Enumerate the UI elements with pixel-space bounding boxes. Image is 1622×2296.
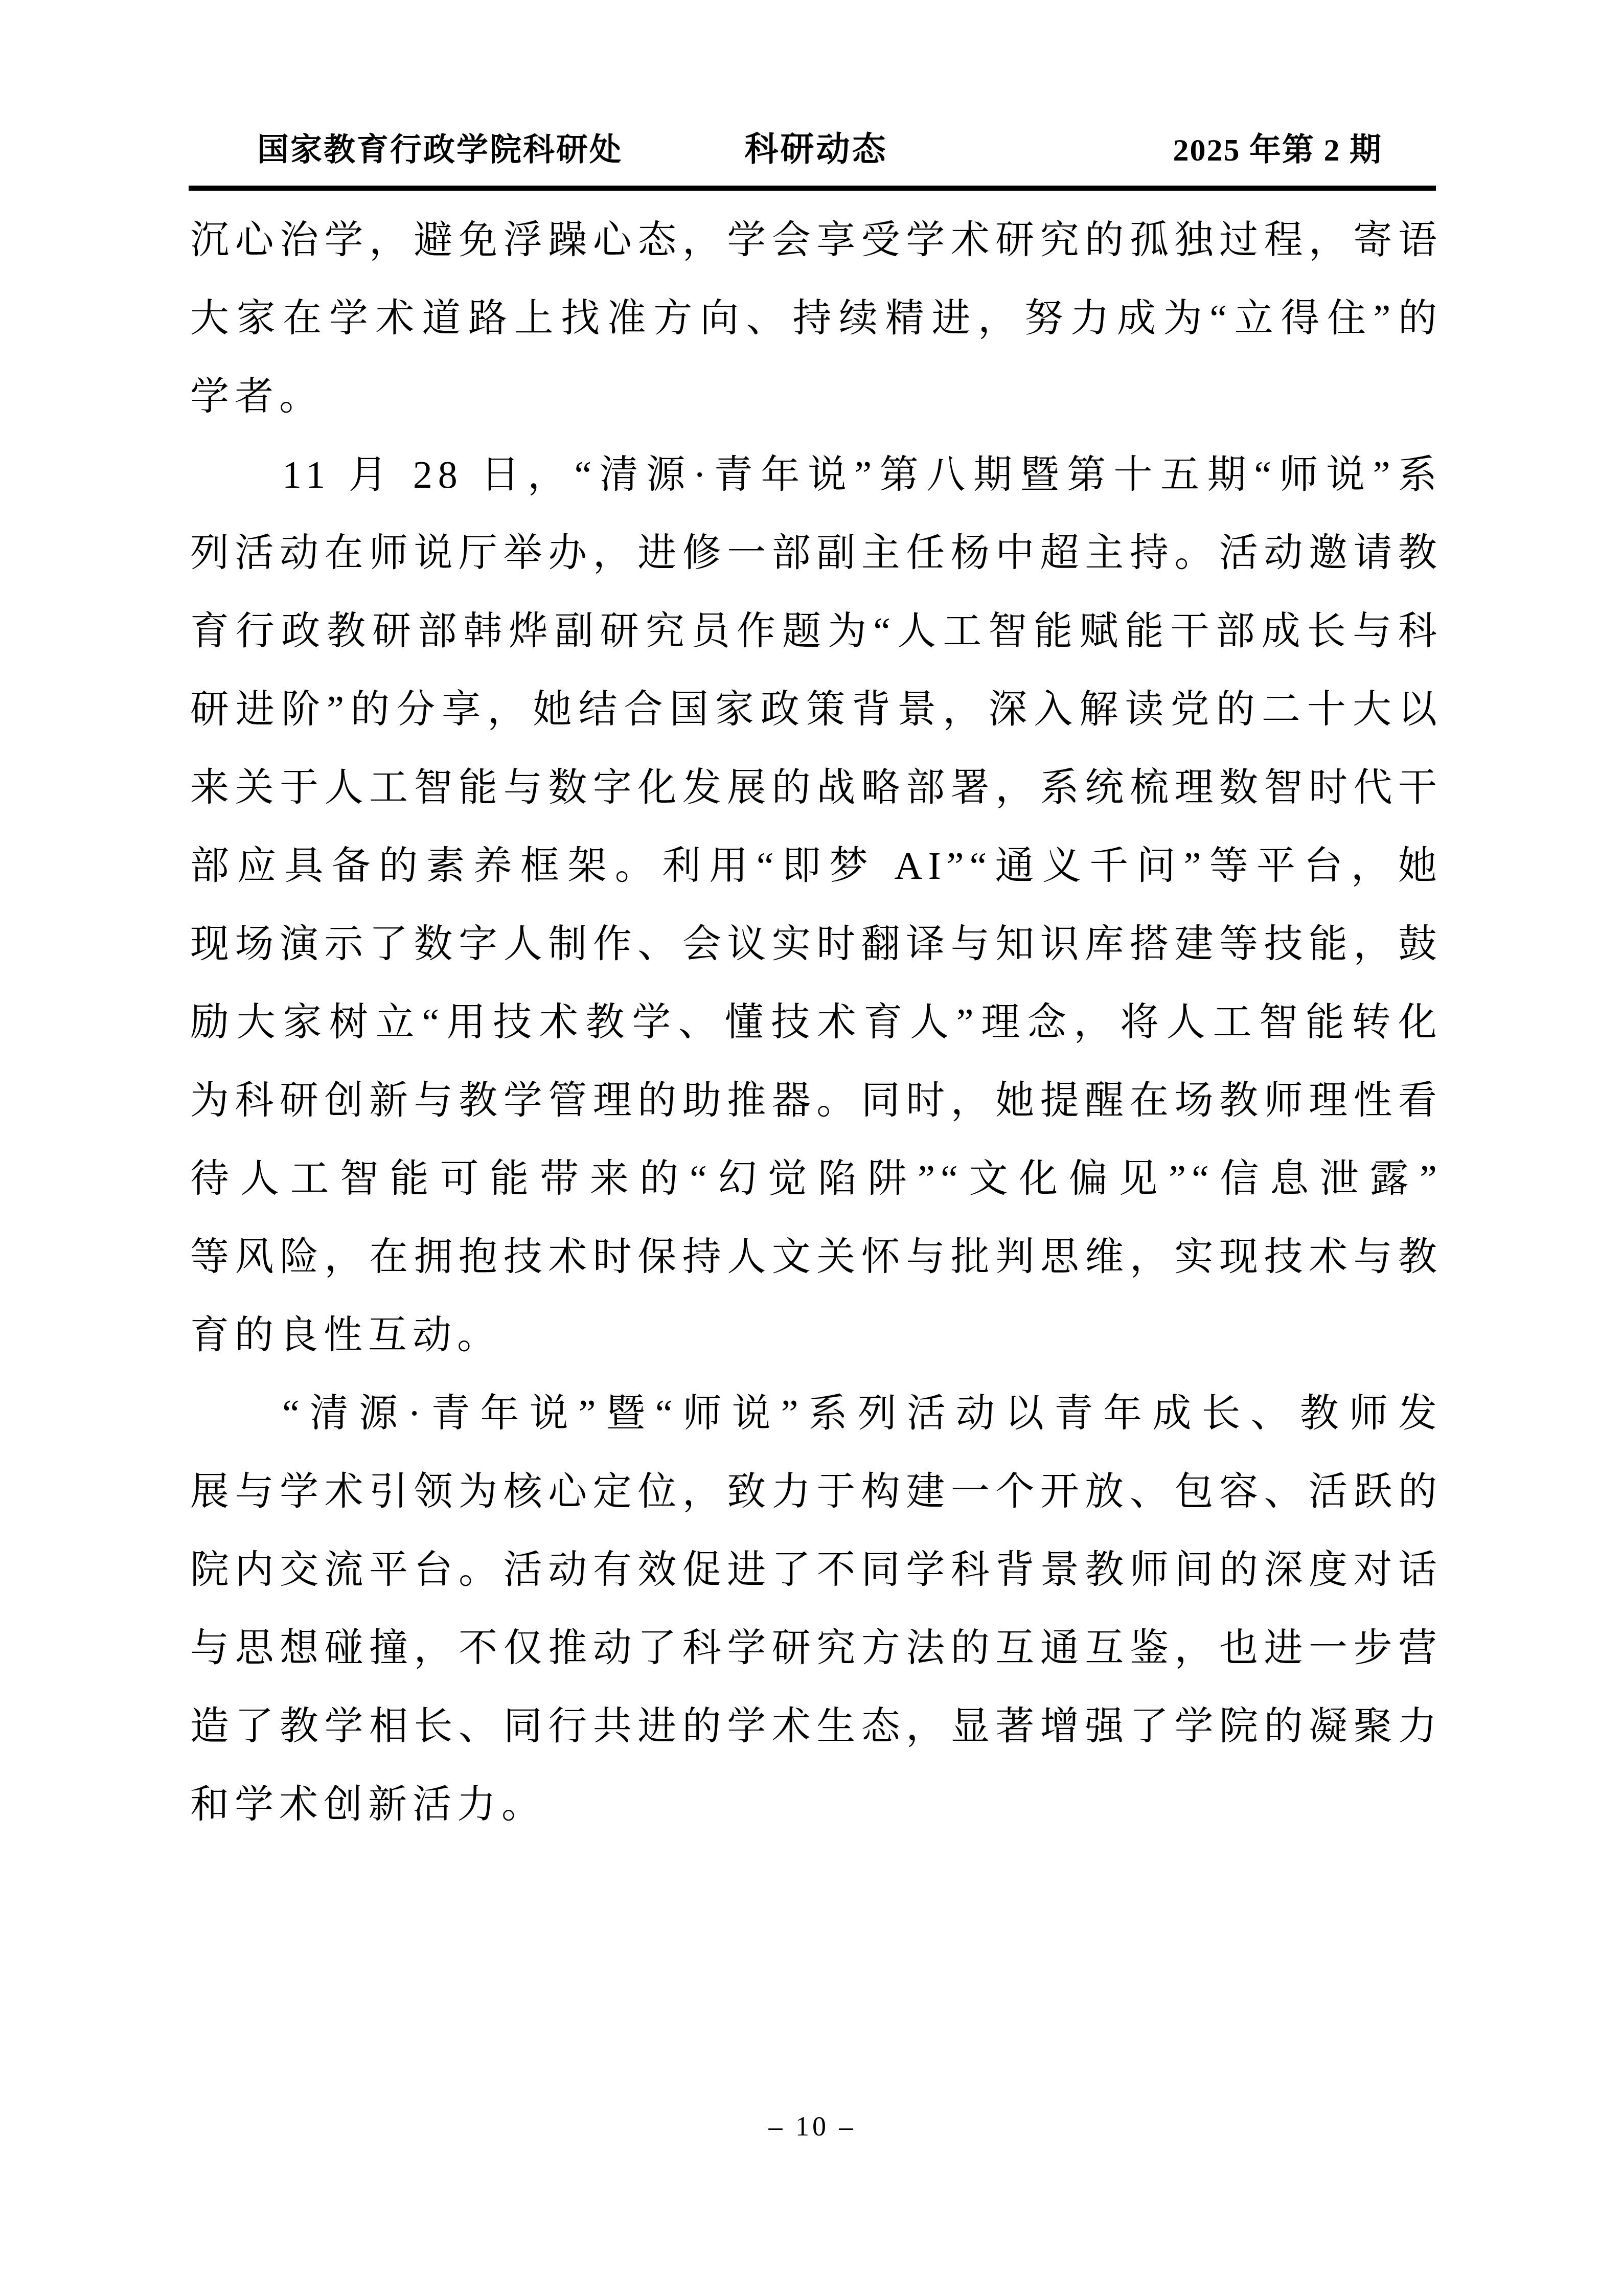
body-line: 育的良性互动。 bbox=[190, 1297, 1443, 1375]
body-line: “清源·青年说”暨“师说”系列活动以青年成长、教师发 bbox=[190, 1375, 1443, 1453]
page-footer: – 10 – bbox=[189, 2110, 1436, 2142]
body-line: 造了教学相长、同行共进的学术生态，显著增强了学院的凝聚力 bbox=[190, 1688, 1443, 1766]
body-line: 研进阶”的分享，她结合国家政策背景，深入解读党的二十大以 bbox=[190, 671, 1443, 749]
body-line: 11 月 28 日，“清源·青年说”第八期暨第十五期“师说”系 bbox=[190, 436, 1443, 514]
body-line: 育行政教研部韩烨副研究员作题为“人工智能赋能干部成长与科 bbox=[190, 593, 1443, 671]
body-line: 为科研创新与教学管理的助推器。同时，她提醒在场教师理性看 bbox=[190, 1062, 1443, 1140]
header-publication-title: 科研动态 bbox=[745, 122, 888, 170]
paragraph: “清源·青年说”暨“师说”系列活动以青年成长、教师发展与学术引领为核心定位，致力… bbox=[190, 1375, 1443, 1844]
paragraph: 沉心治学，避免浮躁心态，学会享受学术研究的孤独过程，寄语大家在学术道路上找准方向… bbox=[190, 201, 1443, 436]
body-line: 沉心治学，避免浮躁心态，学会享受学术研究的孤独过程，寄语 bbox=[190, 201, 1443, 280]
body-line: 和学术创新活力。 bbox=[190, 1766, 1443, 1844]
body-line: 展与学术引领为核心定位，致力于构建一个开放、包容、活跃的 bbox=[190, 1453, 1443, 1531]
body-line: 待人工智能可能带来的“幻觉陷阱”“文化偏见”“信息泄露” bbox=[190, 1140, 1443, 1218]
header-rule bbox=[189, 186, 1436, 191]
header-department: 国家教育行政学院科研处 bbox=[189, 124, 623, 170]
body-line: 部应具备的素养框架。利用“即梦 AI”“通义千问”等平台，她 bbox=[190, 827, 1443, 905]
body-line: 大家在学术道路上找准方向、持续精进，努力成为“立得住”的 bbox=[190, 280, 1443, 358]
document-body: 沉心治学，避免浮躁心态，学会享受学术研究的孤独过程，寄语大家在学术道路上找准方向… bbox=[190, 201, 1443, 1844]
body-line: 来关于人工智能与数字化发展的战略部署，系统梳理数智时代干 bbox=[190, 749, 1443, 827]
paragraph: 11 月 28 日，“清源·青年说”第八期暨第十五期“师说”系列活动在师说厅举办… bbox=[190, 436, 1443, 1375]
page-header: 国家教育行政学院科研处 科研动态 2025 年第 2 期 bbox=[189, 122, 1444, 170]
body-line: 现场演示了数字人制作、会议实时翻译与知识库搭建等技能，鼓 bbox=[190, 905, 1443, 984]
body-line: 列活动在师说厅举办，进修一部副主任杨中超主持。活动邀请教 bbox=[190, 514, 1443, 593]
page-number: – 10 – bbox=[769, 2111, 856, 2142]
body-line: 院内交流平台。活动有效促进了不同学科背景教师间的深度对话 bbox=[190, 1531, 1443, 1609]
body-line: 学者。 bbox=[190, 358, 1443, 436]
document-page: 国家教育行政学院科研处 科研动态 2025 年第 2 期 沉心治学，避免浮躁心态… bbox=[0, 0, 1622, 2296]
body-line: 励大家树立“用技术教学、懂技术育人”理念，将人工智能转化 bbox=[190, 984, 1443, 1062]
body-line: 与思想碰撞，不仅推动了科学研究方法的互通互鉴，也进一步营 bbox=[190, 1609, 1443, 1688]
header-issue: 2025 年第 2 期 bbox=[1173, 124, 1444, 170]
body-line: 等风险，在拥抱技术时保持人文关怀与批判思维，实现技术与教 bbox=[190, 1218, 1443, 1297]
